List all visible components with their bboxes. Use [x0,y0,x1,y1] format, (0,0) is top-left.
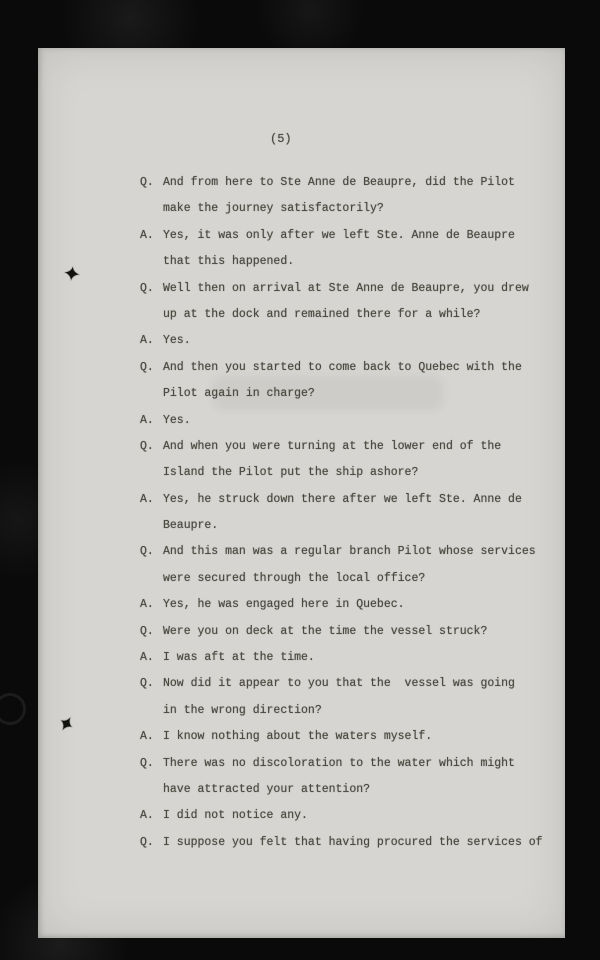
speaker-label: Q. [140,830,163,856]
qa-text: And this man was a regular branch Pilot … [163,539,536,565]
speaker-label: Q. [140,671,163,697]
qa-text: that this happened. [163,249,294,275]
qa-text: And then you started to come back to Que… [163,355,522,381]
speaker-label [140,777,163,803]
scanner-background: (5) Q.And from here to Ste Anne de Beaup… [0,0,600,960]
qa-text: in the wrong direction? [163,698,322,724]
qa-text: And from here to Ste Anne de Beaupre, di… [163,170,515,196]
qa-line: A.I did not notice any. [140,803,540,829]
speaker-label [140,513,163,539]
qa-line: A.Yes. [140,328,540,354]
speaker-label: Q. [140,619,163,645]
qa-line: have attracted your attention? [140,777,540,803]
qa-line: Q.And from here to Ste Anne de Beaupre, … [140,170,540,196]
qa-line: Beaupre. [140,513,540,539]
qa-text: Island the Pilot put the ship ashore? [163,460,418,486]
qa-text: And when you were turning at the lower e… [163,434,501,460]
qa-line: in the wrong direction? [140,698,540,724]
speaker-label: Q. [140,276,163,302]
page-number: (5) [270,132,292,146]
qa-line: A.I know nothing about the waters myself… [140,724,540,750]
qa-line: A.Yes, he struck down there after we lef… [140,487,540,513]
qa-text: Pilot again in charge? [163,381,315,407]
qa-line: Q.And this man was a regular branch Pilo… [140,539,540,565]
qa-line: Q.Now did it appear to you that the vess… [140,671,540,697]
qa-text: I did not notice any. [163,803,308,829]
ink-star-mark-top: ✦ [61,263,82,285]
qa-line: Q.And then you started to come back to Q… [140,355,540,381]
speaker-label [140,381,163,407]
speaker-label: A. [140,328,163,354]
qa-line: Pilot again in charge? [140,381,540,407]
qa-text: I know nothing about the waters myself. [163,724,432,750]
qa-text: Now did it appear to you that the vessel… [163,671,515,697]
speaker-label [140,698,163,724]
speaker-label: Q. [140,355,163,381]
qa-text: Yes, it was only after we left Ste. Anne… [163,223,515,249]
speaker-label: A. [140,592,163,618]
qa-text: There was no discoloration to the water … [163,751,515,777]
qa-line: that this happened. [140,249,540,275]
speaker-label [140,249,163,275]
qa-text: Yes. [163,408,191,434]
speaker-label: Q. [140,170,163,196]
speaker-label: A. [140,803,163,829]
speaker-label: A. [140,645,163,671]
qa-text: up at the dock and remained there for a … [163,302,480,328]
qa-line: Island the Pilot put the ship ashore? [140,460,540,486]
qa-line: A.Yes. [140,408,540,434]
qa-line: make the journey satisfactorily? [140,196,540,222]
qa-line: A.Yes, he was engaged here in Quebec. [140,592,540,618]
qa-line: Q.There was no discoloration to the wate… [140,751,540,777]
speaker-label: A. [140,724,163,750]
qa-line: Q.Well then on arrival at Ste Anne de Be… [140,276,540,302]
qa-text: Well then on arrival at Ste Anne de Beau… [163,276,529,302]
speaker-label [140,302,163,328]
qa-line: Q.Were you on deck at the time the vesse… [140,619,540,645]
qa-list: Q.And from here to Ste Anne de Beaupre, … [140,170,540,856]
speaker-label [140,460,163,486]
qa-text: Yes, he struck down there after we left … [163,487,522,513]
speaker-label: A. [140,223,163,249]
qa-text: I was aft at the time. [163,645,315,671]
qa-line: A.I was aft at the time. [140,645,540,671]
speaker-label: A. [140,487,163,513]
qa-line: A.Yes, it was only after we left Ste. An… [140,223,540,249]
speaker-label: A. [140,408,163,434]
qa-line: were secured through the local office? [140,566,540,592]
qa-text: make the journey satisfactorily? [163,196,384,222]
qa-text: Yes. [163,328,191,354]
speaker-label [140,196,163,222]
speaker-label: Q. [140,539,163,565]
qa-text: were secured through the local office? [163,566,425,592]
speaker-label [140,566,163,592]
margin-circle-smudge [0,693,26,725]
qa-text: Beaupre. [163,513,218,539]
qa-text: Were you on deck at the time the vessel … [163,619,487,645]
qa-line: up at the dock and remained there for a … [140,302,540,328]
qa-text: have attracted your attention? [163,777,370,803]
qa-text: Yes, he was engaged here in Quebec. [163,592,405,618]
speaker-label: Q. [140,751,163,777]
qa-text: I suppose you felt that having procured … [163,830,543,856]
qa-line: Q.And when you were turning at the lower… [140,434,540,460]
qa-line: Q.I suppose you felt that having procure… [140,830,540,856]
document-page: (5) Q.And from here to Ste Anne de Beaup… [38,48,565,938]
speaker-label: Q. [140,434,163,460]
